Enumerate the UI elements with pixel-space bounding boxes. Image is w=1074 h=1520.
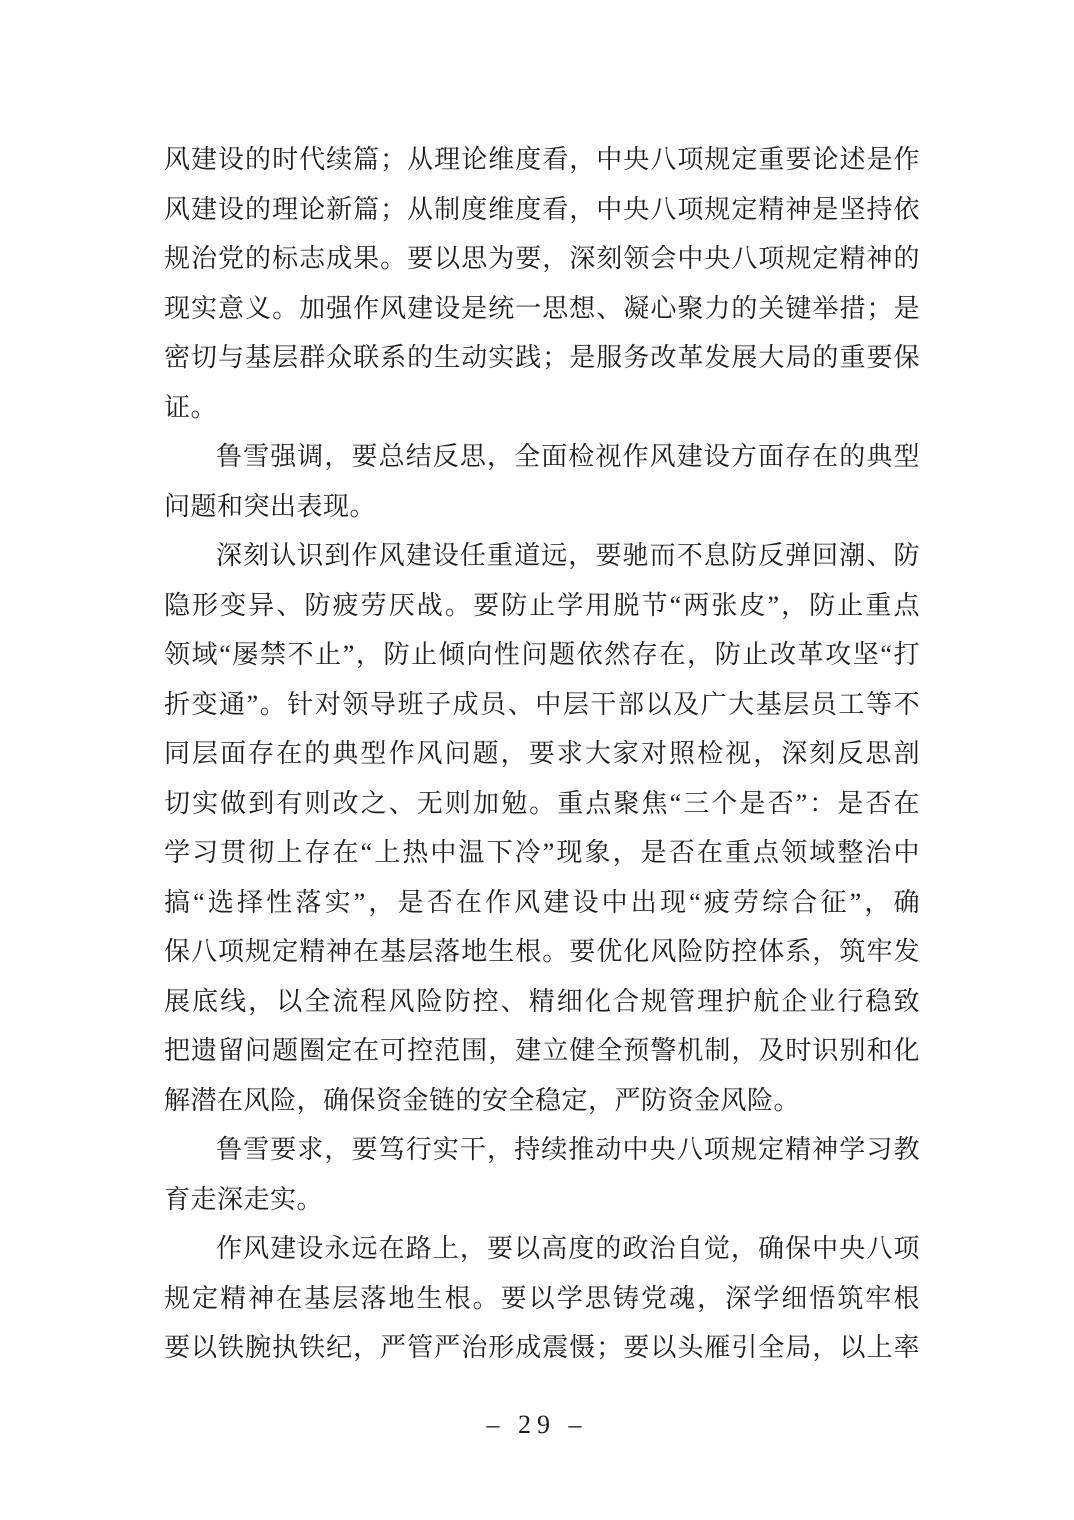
text-line: 同层面存在的典型作风问题，要求大家对照检视，深刻反思剖析， xyxy=(164,729,920,779)
text-line: 搞“选择性落实”，是否在作风建设中出现“疲劳综合征”，确 xyxy=(164,878,920,928)
text-line: 密切与基层群众联系的生动实践；是服务改革发展大局的重要保 xyxy=(164,333,920,383)
text-line: 切实做到有则改之、无则加勉。重点聚焦“三个是否”：是否在 xyxy=(164,779,920,829)
text-line: 作风建设永远在路上，要以高度的政治自觉，确保中央八项 xyxy=(164,1224,920,1274)
text-line: 解潜在风险，确保资金链的安全稳定，严防资金风险。 xyxy=(164,1076,920,1126)
text-line: 鲁雪强调，要总结反思，全面检视作风建设方面存在的典型 xyxy=(164,432,920,482)
text-line: 领域“屡禁不止”，防止倾向性问题依然存在，防止改革攻坚“打 xyxy=(164,630,920,680)
text-line: 规定精神在基层落地生根。要以学思铸党魂，深学细悟筑牢根基； xyxy=(164,1274,920,1324)
text-line: 深刻认识到作风建设任重道远，要驰而不息防反弹回潮、防 xyxy=(164,531,920,581)
text-line: 隐形变异、防疲劳厌战。要防止学用脱节“两张皮”，防止重点 xyxy=(164,581,920,631)
text-line: 育走深走实。 xyxy=(164,1175,920,1225)
text-line: 证。 xyxy=(164,383,920,433)
text-line: 风建设的时代续篇；从理论维度看，中央八项规定重要论述是作 xyxy=(164,135,920,185)
text-line: 学习贯彻上存在“上热中温下冷”现象，是否在重点领域整治中 xyxy=(164,828,920,878)
text-line: 鲁雪要求，要笃行实干，持续推动中央八项规定精神学习教 xyxy=(164,1125,920,1175)
text-line: 要以铁腕执铁纪，严管严治形成震慑；要以头雁引全局，以上率 xyxy=(164,1323,920,1373)
text-line: 把遗留问题圈定在可控范围，建立健全预警机制，及时识别和化 xyxy=(164,1026,920,1076)
text-line: 保八项规定精神在基层落地生根。要优化风险防控体系，筑牢发 xyxy=(164,927,920,977)
text-line: 规治党的标志成果。要以思为要，深刻领会中央八项规定精神的 xyxy=(164,234,920,284)
document-text-block: 风建设的时代续篇；从理论维度看，中央八项规定重要论述是作 风建设的理论新篇；从制… xyxy=(164,135,920,1373)
text-line: 风建设的理论新篇；从制度维度看，中央八项规定精神是坚持依 xyxy=(164,185,920,235)
document-page: 风建设的时代续篇；从理论维度看，中央八项规定重要论述是作 风建设的理论新篇；从制… xyxy=(0,0,1074,1520)
text-line: 现实意义。加强作风建设是统一思想、凝心聚力的关键举措；是 xyxy=(164,284,920,334)
page-number: – 29 – xyxy=(0,1405,1074,1445)
text-line: 问题和突出表现。 xyxy=(164,482,920,532)
text-line: 折变通”。针对领导班子成员、中层干部以及广大基层员工等不 xyxy=(164,680,920,730)
text-line: 展底线，以全流程风险防控、精细化合规管理护航企业行稳致远， xyxy=(164,977,920,1027)
